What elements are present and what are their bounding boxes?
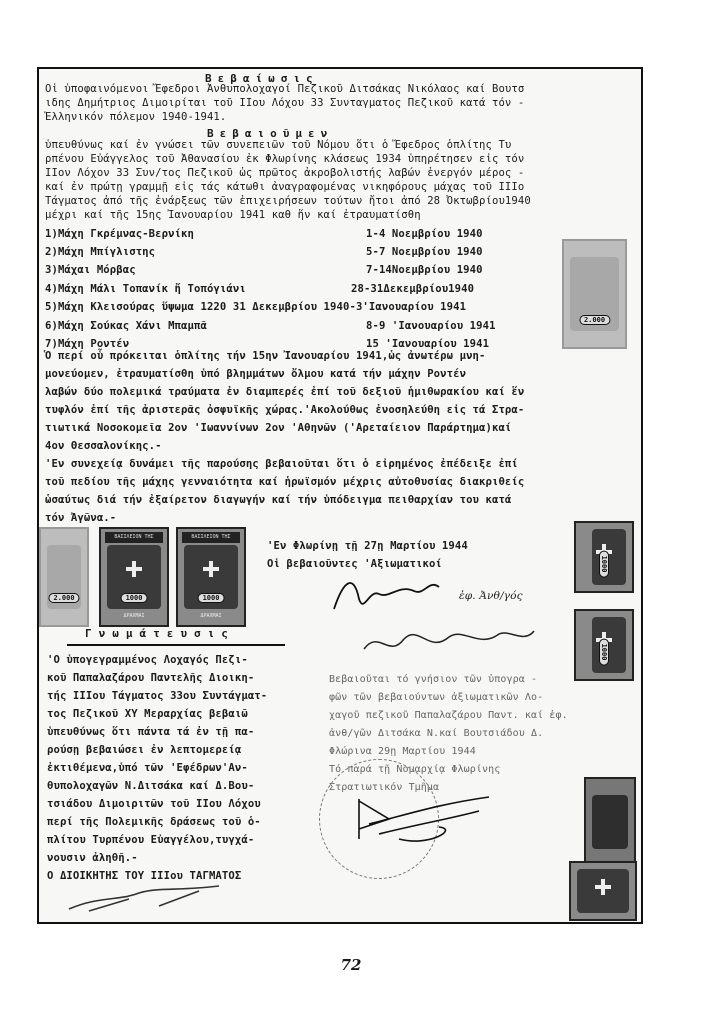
authentication-line: χαγοῦ πεζικοῦ Παπαλαζάρου Παντ. καί ἐφ. (329, 709, 568, 723)
battle-date: 1-4 Νοεμβρίου 1940 (366, 227, 483, 241)
opinion-line: ἐκτιθέμενα,ὑπό τῶν 'Εφέδρων'Αν- (47, 761, 248, 775)
opinion-line: τσιάδου Διμοιριτῶν τοῦ ΙΙου Λόχου (47, 797, 261, 811)
authentication-line: Φλώρινα 29ῃ Μαρτίου 1944 (329, 745, 476, 759)
authentication-line: Βεβαιοῦται τό γνήσιον τῶν ὑπογρα - (329, 673, 537, 687)
opinion-line: ὑπευθύνως ὅτι πάντα τά ἐν τῇ πα- (47, 725, 254, 739)
body-line: καί ἐν πρώτῃ γραμμῇ εἰς τάς κάτωθι ἀναγρ… (45, 180, 524, 194)
revenue-stamp: ΒΑΣΙΛΕΙΟΝ ΤΗΣ ΕΛΛΑΔΟΣ 1000 ΔΡΑΧΜΑΙ (99, 527, 169, 627)
opinion-line: κοῦ Παπαλαζάρου Παντελῆς Διοικη- (47, 671, 254, 685)
opinion-line: ρούσῃ βεβαιώσει ἐν λεπτομερείᾳ (47, 743, 241, 757)
revenue-stamp: 1000 (574, 609, 634, 681)
cross-icon (595, 879, 611, 895)
cross-icon (126, 561, 142, 577)
opinion-line: τος Πεζικοῦ ΧΥ Μεραρχίας βεβαιῶ (47, 707, 248, 721)
opinion-line: πλίτου Τυρπένου Εὐαγγέλου,τυγχά- (47, 833, 254, 847)
intro-line: ιδης Δημήτριος Διμοιρίται τοῦ ΙΙου Λόχου… (45, 96, 524, 110)
battle-name: 1)Μάχη Γκρέμνας-Βερνίκη (45, 227, 194, 241)
battle-name: 5)Μάχη Κλεισούρας ὕψωμα 1220 31 Δεκεμβρί… (45, 300, 466, 314)
conduct-line: τοῦ πεδίου τῆς μάχης γενναιότητα καί ἡρω… (45, 475, 524, 489)
revenue-stamp (569, 861, 637, 921)
body-line: ρπένου Εὐάγγελος τοῦ Ἀθανασίου ἐκ Φλωρίν… (45, 152, 524, 166)
battle-name: 2)Μάχη Μπίγλιστης (45, 245, 155, 259)
battle-date: 7-14Νοεμβρίου 1940 (366, 263, 483, 277)
authentication-line: ἀνθ/γῶν Διτσάκα Ν.καί Βουτσιάδου Δ. (329, 727, 543, 741)
battle-name: 6)Μάχη Σούκας Χάνι Μπαμπᾶ (45, 319, 207, 333)
wound-line: τιωτικά Νοσοκομεῖα 2ον 'Ιωαννίνων 2ον 'Α… (45, 421, 511, 435)
revenue-stamp: ΒΑΣΙΛΕΙΟΝ ΤΗΣ ΕΛΛΑΔΟΣ 1000 ΔΡΑΧΜΑΙ (176, 527, 246, 627)
wound-line: τυφλόν ἐπί τῆς ἀριστερᾶς ὀσφυϊκῆς χώρας.… (45, 403, 524, 417)
authentication-signature (349, 789, 509, 849)
opinion-line: νουσιν ἀληθῆ.- (47, 851, 138, 865)
battle-date: 28-31Δεκεμβρίου1940 (351, 282, 474, 296)
battle-name: 3)Μάχαι Μόρβας (45, 263, 136, 277)
intro-line: Ἑλληνικόν πόλεμον 1940-1941. (45, 110, 226, 124)
intro-line: Οἱ ὑποφαινόμενοι Ἔφεδροι Ἀνθυπολοχαγοί Π… (45, 82, 524, 96)
revenue-stamp: 2.000 (562, 239, 627, 349)
signature (359, 619, 539, 669)
conduct-line: τόν Ἀγῶνα.- (45, 511, 116, 525)
conduct-line: 'Εν συνεχείᾳ δυνάμει τῆς παρούσης βεβαιο… (45, 457, 518, 471)
opinion-line: θυπολοχαγῶν Ν.Διτσάκα καί Δ.Βου- (47, 779, 254, 793)
wound-line: Ὁ περί οὗ πρόκειται ὁπλίτης τήν 15ην Ἰαν… (45, 349, 486, 363)
place-date: 'Εν Φλωρίνῃ τῇ 27ῃ Μαρτίου 1944 (267, 539, 468, 553)
opinion-line: 'Ο ὑπογεγραμμένος Λοχαγός Πεζι- (47, 653, 248, 667)
divider (67, 644, 285, 646)
revenue-stamp: 2.000 (39, 527, 89, 627)
wound-line: μονεύομεν, ἐτραυματίσθη ὑπό βλημμάτων ὄλ… (45, 367, 466, 381)
signature (329, 569, 479, 619)
page-number: 72 (0, 956, 702, 974)
body-line: Τάγματος ἀπό τῆς ἐνάρξεως τῶν ἐπιχειρήσε… (45, 194, 531, 208)
cross-icon (203, 561, 219, 577)
conduct-line: ὡσαύτως διά τήν ἐξαίρετον διαγωγήν καί τ… (45, 493, 511, 507)
wound-line: 4ον Θεσσαλονίκης.- (45, 439, 162, 453)
commander-signature (59, 881, 239, 916)
battle-date: 5-7 Νοεμβρίου 1940 (366, 245, 483, 259)
body-line: ΙΙον Λόχον 33 Συν/τος Πεζικοῦ ὡς πρῶτος … (45, 166, 524, 180)
opinion-line: τής ΙΙΙου Τάγματος 33ου Συντάγματ- (47, 689, 267, 703)
phoenix-stamp (584, 777, 636, 867)
opinion-title: Γνωμάτευσις (85, 627, 235, 641)
body-line: ὑπευθύνως καί ἐν γνώσει τῶν συνεπειῶν το… (45, 138, 511, 152)
opinion-line: περί τῆς Πολεμικῆς δράσεως τοῦ ὁ- (47, 815, 261, 829)
battle-date: 8-9 'Ιανουαρίου 1941 (366, 319, 496, 333)
revenue-stamp: 1000 (574, 521, 634, 593)
body-line: μέχρι καί τῆς 15ης Ἰανουαρίου 1941 καθ ἥ… (45, 208, 421, 222)
battle-name: 4)Μάχη Μάλι Τοπανίκ ἤ Τοπόγιάνι (45, 282, 246, 296)
document-frame: Βεβαίωσις Οἱ ὑποφαινόμενοι Ἔφεδροι Ἀνθυπ… (37, 67, 643, 924)
authentication-line: φῶν τῶν βεβαιούντων ἀξιωματικῶν Λο- (329, 691, 543, 705)
wound-line: λαβών δύο πολεμικά τραύματα ἐν διαμπερές… (45, 385, 524, 399)
